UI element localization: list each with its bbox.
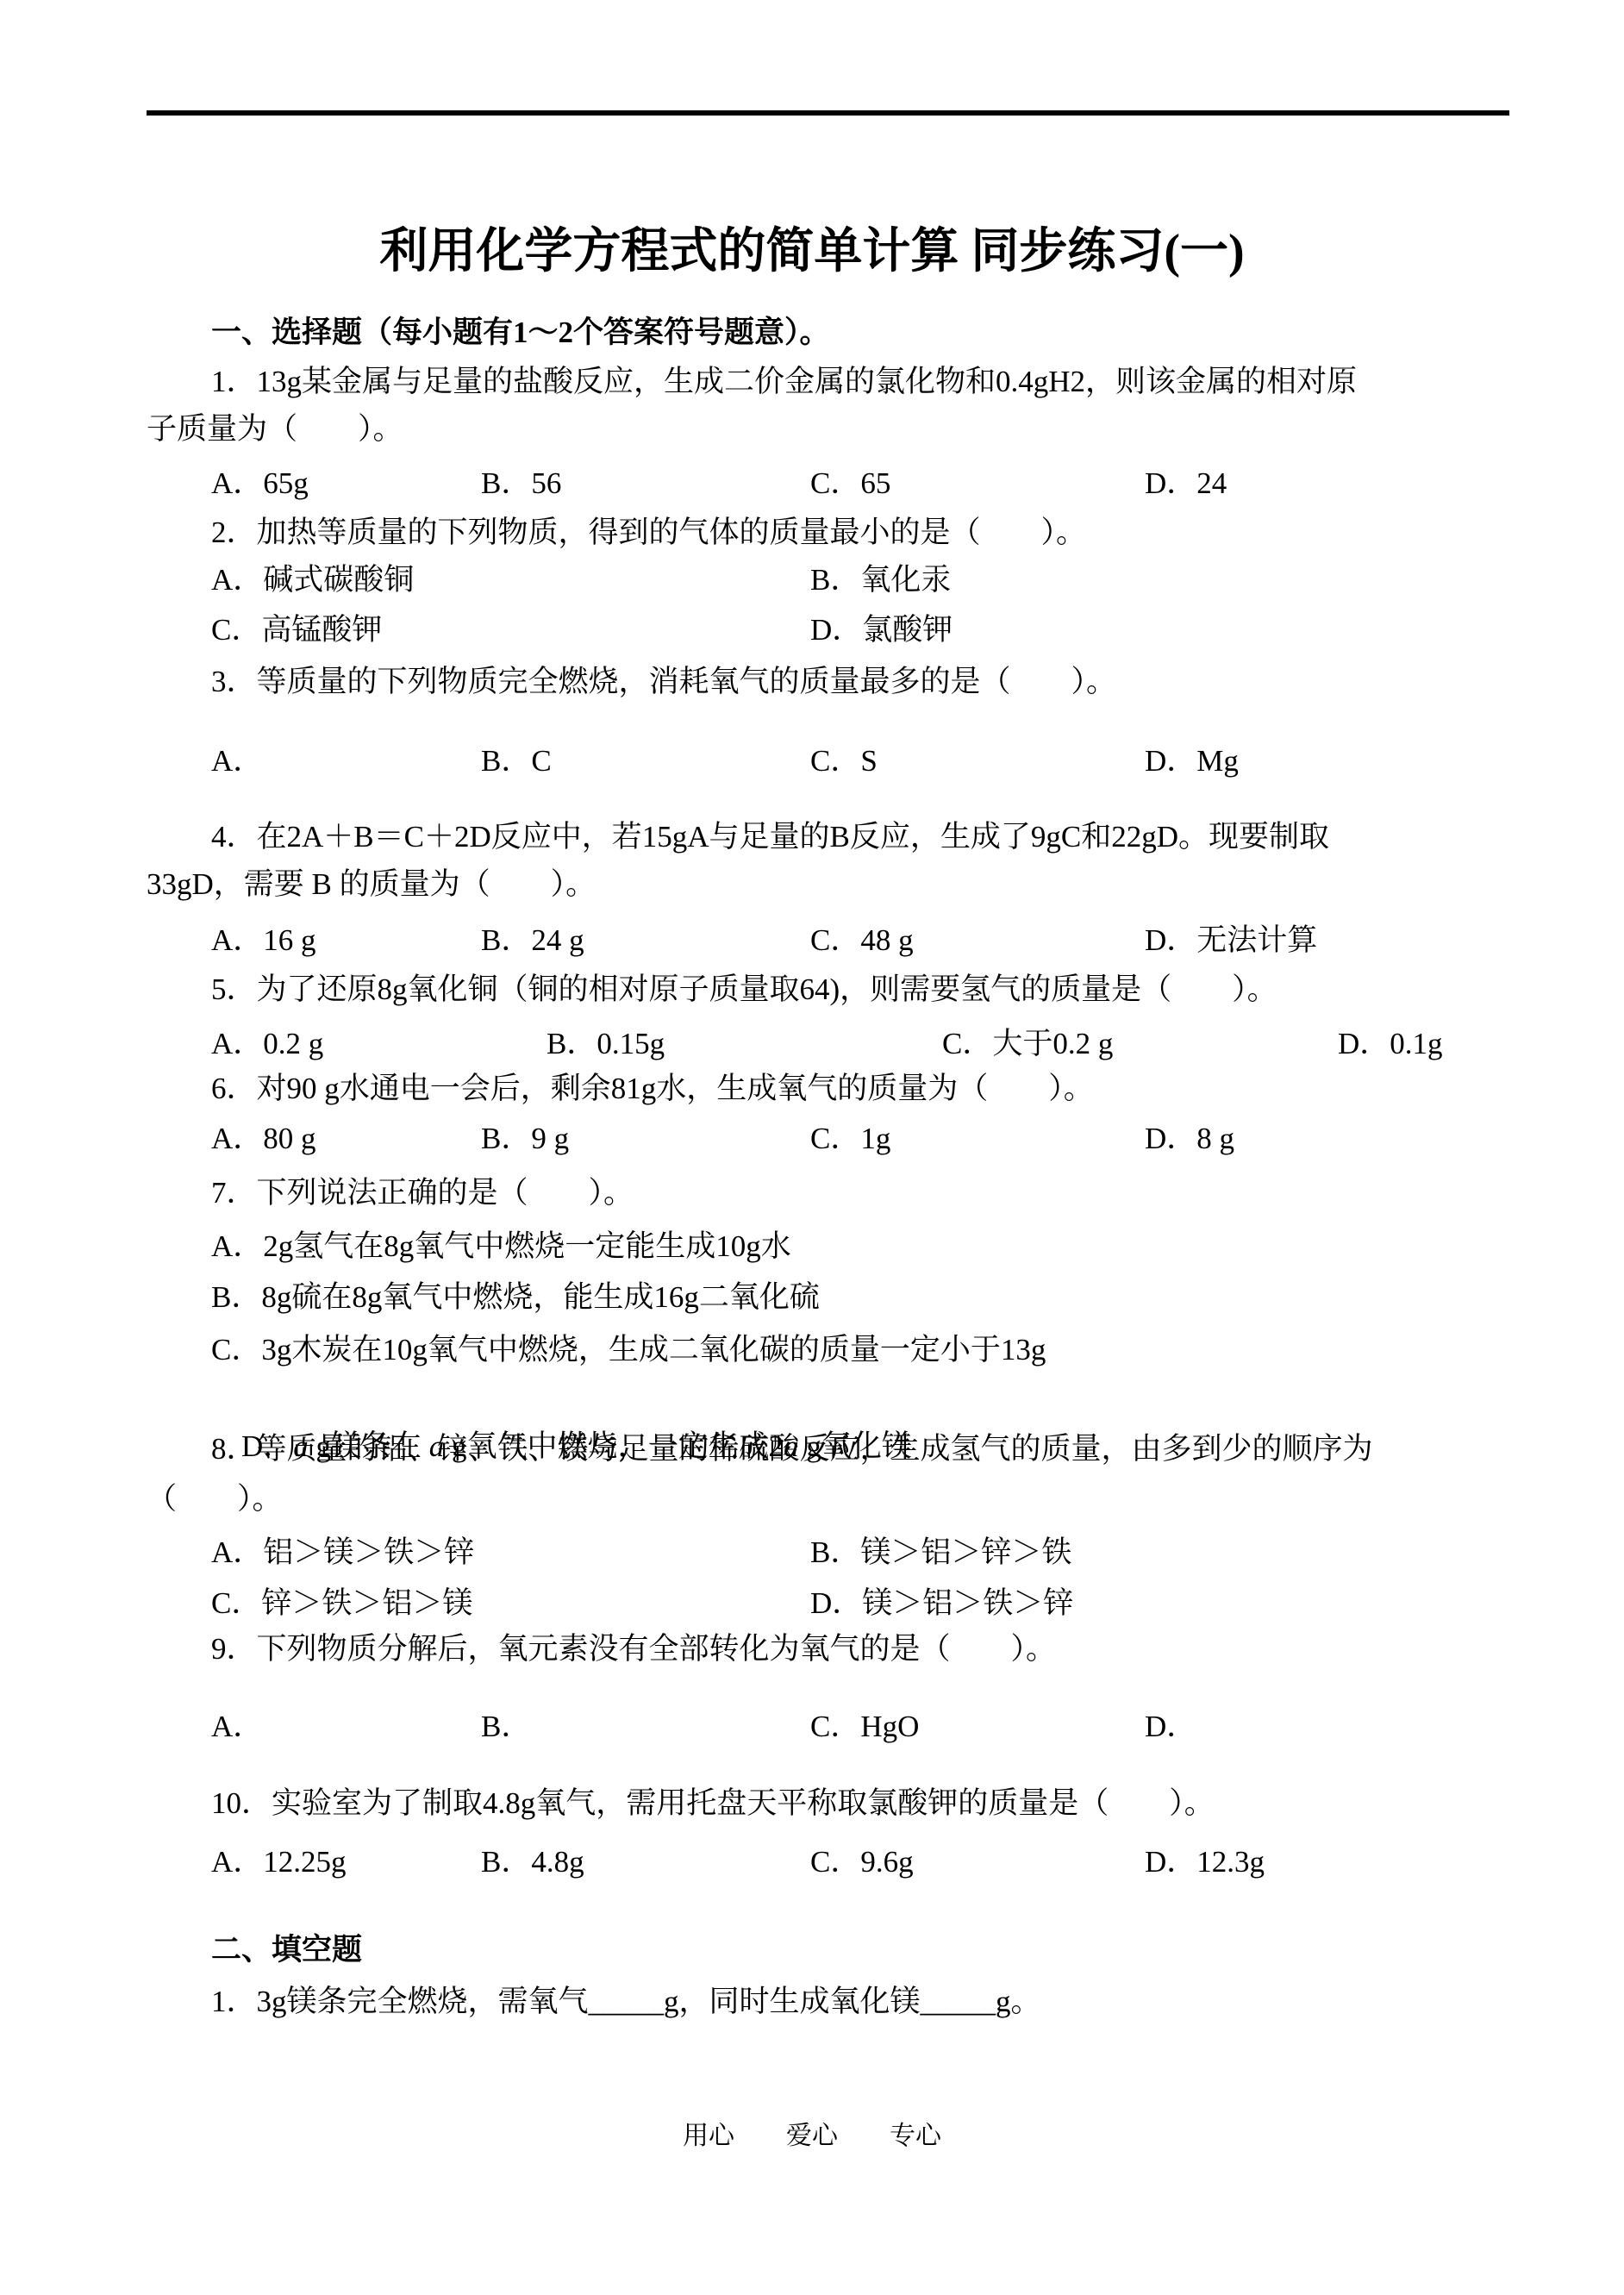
question-2-options-row-ab: A．碱式碳酸铜 B．氧化汞 (0, 555, 1624, 604)
question-6-text: 6．对90 g水通电一会后，剩余81g水，生成氧气的质量为（ ）。 (211, 1064, 1526, 1113)
question-5-option-d: D．0.1g (1338, 1019, 1443, 1068)
question-3-option-d: D．Mg (1145, 736, 1239, 785)
question-10-option-b: B．4.8g (481, 1837, 584, 1886)
question-7-option-c: C．3g木炭在10g氧气中燃烧，生成二氧化碳的质量一定小于13g (211, 1325, 1526, 1374)
question-4-options-row: A．16 g B．24 g C．48 g D．无法计算 (0, 916, 1624, 965)
question-1-option-d: D．24 (1145, 459, 1227, 508)
question-2-option-a: A．碱式碳酸铜 (211, 555, 414, 604)
question-2-options-row-cd: C．高锰酸钾 D．氯酸钾 (0, 605, 1624, 654)
question-5-option-b: B．0.15g (547, 1019, 665, 1068)
question-10-text: 10．实验室为了制取4.8g氧气，需用托盘天平称取氯酸钾的质量是（ ）。 (211, 1779, 1526, 1828)
question-3-options-row: A． B．C C．S D．Mg (0, 736, 1624, 785)
question-3-option-b: B．C (481, 736, 552, 785)
question-8-option-d: D．镁＞铝＞铁＞锌 (810, 1579, 1073, 1628)
question-4-option-b: B．24 g (481, 916, 584, 965)
question-9-option-d: D． (1145, 1702, 1196, 1751)
question-3-text: 3．等质量的下列物质完全燃烧，消耗氧气的质量最多的是（ ）。 (211, 657, 1526, 706)
question-5-text: 5．为了还原8g氧化铜（铜的相对原子质量取64)，则需要氢气的质量是（ ）。 (211, 965, 1526, 1014)
question-8-line-1: 8．等质量的铝、锌、铁、镁与足量的稀硫酸反应，生成氢气的质量，由多到少的顺序为 (211, 1424, 1526, 1473)
page-title: 利用化学方程式的简单计算 同步练习(一) (0, 224, 1624, 279)
question-10-option-a: A．12.25g (211, 1837, 347, 1886)
question-1-line-1: 1．13g某金属与足量的盐酸反应，生成二价金属的氯化物和0.4gH2，则该金属的… (211, 357, 1526, 406)
header-rule (147, 110, 1509, 116)
question-2-text: 2．加热等质量的下列物质，得到的气体的质量最小的是（ ）。 (211, 508, 1526, 557)
question-10-option-d: D．12.3g (1145, 1837, 1265, 1886)
question-9-option-c: C．HgO (810, 1702, 919, 1751)
question-10-option-c: C．9.6g (810, 1837, 914, 1886)
question-4-option-a: A．16 g (211, 916, 316, 965)
question-2-option-d: D．氯酸钾 (810, 605, 953, 654)
question-1-options-row: A．65g B．56 C．65 D．24 (0, 459, 1624, 508)
section-2-heading: 二、填空题 (211, 1925, 1526, 1974)
fill-in-question-1: 1．3g镁条完全燃烧，需氧气_____g，同时生成氧化镁_____g。 (211, 1977, 1526, 2026)
question-8-option-c: C．锌＞铁＞铝＞镁 (211, 1579, 472, 1628)
question-4-line-1: 4．在2A＋B＝C＋2D反应中，若15gA与足量的B反应，生成了9gC和22gD… (211, 812, 1526, 861)
question-1-option-c: C．65 (810, 459, 890, 508)
question-5-option-c: C．大于0.2 g (942, 1019, 1113, 1068)
question-8-option-b: B．镁＞铝＞锌＞铁 (810, 1528, 1071, 1577)
question-3-option-c: C．S (810, 736, 878, 785)
question-3-option-a: A． (211, 736, 263, 785)
question-6-option-d: D．8 g (1145, 1114, 1234, 1163)
question-6-options-row: A．80 g B．9 g C．1g D．8 g (0, 1114, 1624, 1163)
question-1-line-2: 子质量为（ ）。 (147, 404, 1526, 453)
question-5-option-a: A．0.2 g (211, 1019, 323, 1068)
question-1-option-a: A．65g (211, 459, 309, 508)
question-4-option-c: C．48 g (810, 916, 914, 965)
question-8-options-row-cd: C．锌＞铁＞铝＞镁 D．镁＞铝＞铁＞锌 (0, 1579, 1624, 1628)
section-1-heading: 一、选择题（每小题有1～2个答案符号题意）。 (211, 308, 1526, 357)
question-8-options-row-ab: A．铝＞镁＞铁＞锌 B．镁＞铝＞锌＞铁 (0, 1528, 1624, 1577)
question-6-option-c: C．1g (810, 1114, 890, 1163)
question-5-options-row: A．0.2 g B．0.15g C．大于0.2 g D．0.1g (0, 1019, 1624, 1068)
question-7-option-a: A．2g氢气在8g氧气中燃烧一定能生成10g水 (211, 1222, 1526, 1271)
question-2-option-c: C．高锰酸钾 (211, 605, 382, 654)
question-9-option-a: A． (211, 1702, 263, 1751)
question-9-options-row: A． B． C．HgO D． (0, 1702, 1624, 1751)
question-9-option-b: B． (481, 1702, 531, 1751)
question-10-options-row: A．12.25g B．4.8g C．9.6g D．12.3g (0, 1837, 1624, 1886)
question-8-option-a: A．铝＞镁＞铁＞锌 (211, 1528, 474, 1577)
question-6-option-b: B．9 g (481, 1114, 569, 1163)
question-9-text: 9．下列物质分解后，氧元素没有全部转化为氧气的是（ ）。 (211, 1624, 1526, 1673)
question-7-option-b: B．8g硫在8g氧气中燃烧，能生成16g二氧化硫 (211, 1273, 1526, 1322)
question-4-line-2: 33gD，需要 B 的质量为（ ）。 (147, 860, 1526, 909)
question-2-option-b: B．氧化汞 (810, 555, 951, 604)
question-7-text: 7．下列说法正确的是（ ）。 (211, 1168, 1526, 1217)
question-1-option-b: B．56 (481, 459, 561, 508)
page-footer: 用心 爱心 专心 (0, 2119, 1624, 2154)
question-6-option-a: A．80 g (211, 1114, 316, 1163)
question-4-option-d: D．无法计算 (1145, 916, 1317, 965)
worksheet-page: 利用化学方程式的简单计算 同步练习(一) 一、选择题（每小题有1～2个答案符号题… (0, 0, 1624, 2295)
question-8-line-2: （ ）。 (147, 1474, 1526, 1523)
